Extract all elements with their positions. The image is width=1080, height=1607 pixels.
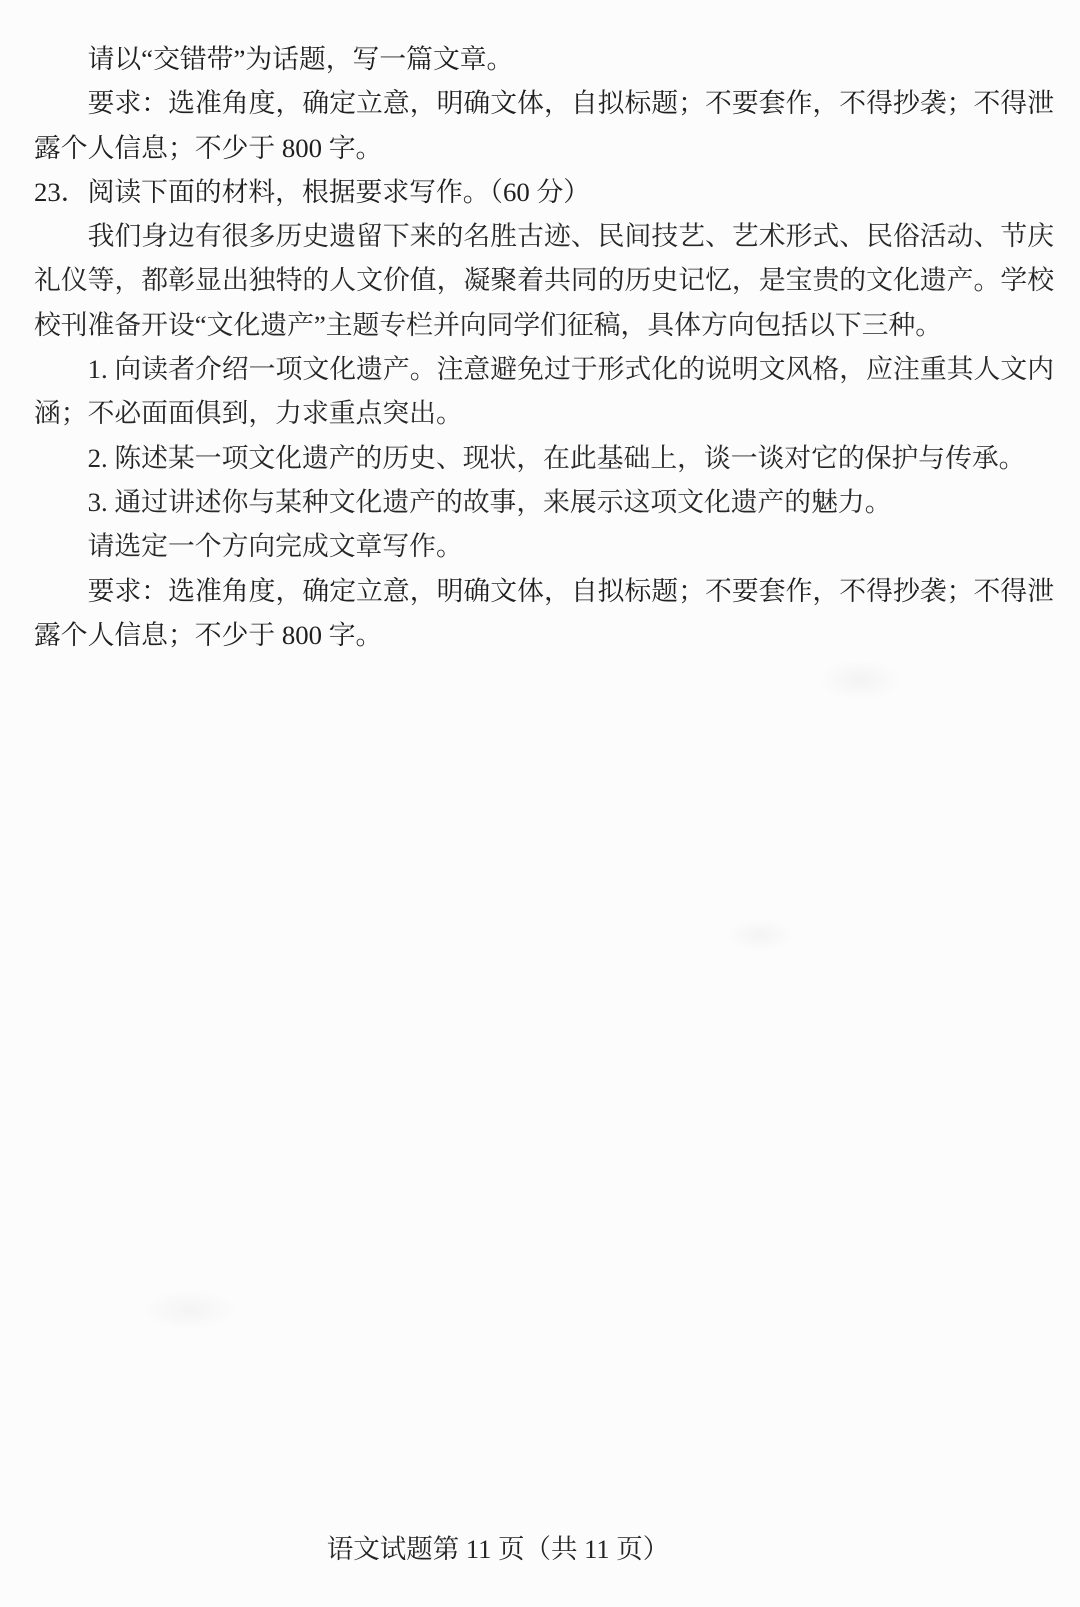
paragraph-question-23-material: 我们身边有很多历史遗留下来的名胜古迹、民间技艺、艺术形式、民俗活动、节庆礼仪等，… [34, 214, 1054, 347]
paragraph-direction-1: 1. 向读者介绍一项文化遗产。注意避免过于形式化的说明文风格，应注重其人文内涵；… [34, 347, 1054, 436]
paragraph-task-instruction: 请选定一个方向完成文章写作。 [34, 524, 1054, 568]
document-body: 请以“交错带”为话题，写一篇文章。要求：选准角度，确定立意，明确文体，自拟标题；… [34, 37, 1054, 657]
paragraph-question-23-stem: 23．阅读下面的材料，根据要求写作。（60 分） [34, 170, 1054, 214]
footer-page-label: 语文试题第 11 页（共 11 页） [327, 1534, 670, 1564]
paragraph-prev-question-topic-line: 请以“交错带”为话题，写一篇文章。 [34, 37, 1054, 81]
exam-page: 请以“交错带”为话题，写一篇文章。要求：选准角度，确定立意，明确文体，自拟标题；… [0, 0, 1080, 1607]
paragraph-prev-question-requirements: 要求：选准角度，确定立意，明确文体，自拟标题；不要套作，不得抄袭；不得泄露个人信… [34, 81, 1054, 170]
paragraph-direction-2: 2. 陈述某一项文化遗产的历史、现状，在此基础上，谈一谈对它的保护与传承。 [34, 436, 1054, 480]
page-footer: 语文试题第 11 页（共 11 页） [0, 1529, 1038, 1569]
paragraph-direction-3: 3. 通过讲述你与某种文化遗产的故事，来展示这项文化遗产的魅力。 [34, 480, 1054, 524]
paragraph-question-23-requirements: 要求：选准角度，确定立意，明确文体，自拟标题；不要套作，不得抄袭；不得泄露个人信… [34, 569, 1054, 658]
